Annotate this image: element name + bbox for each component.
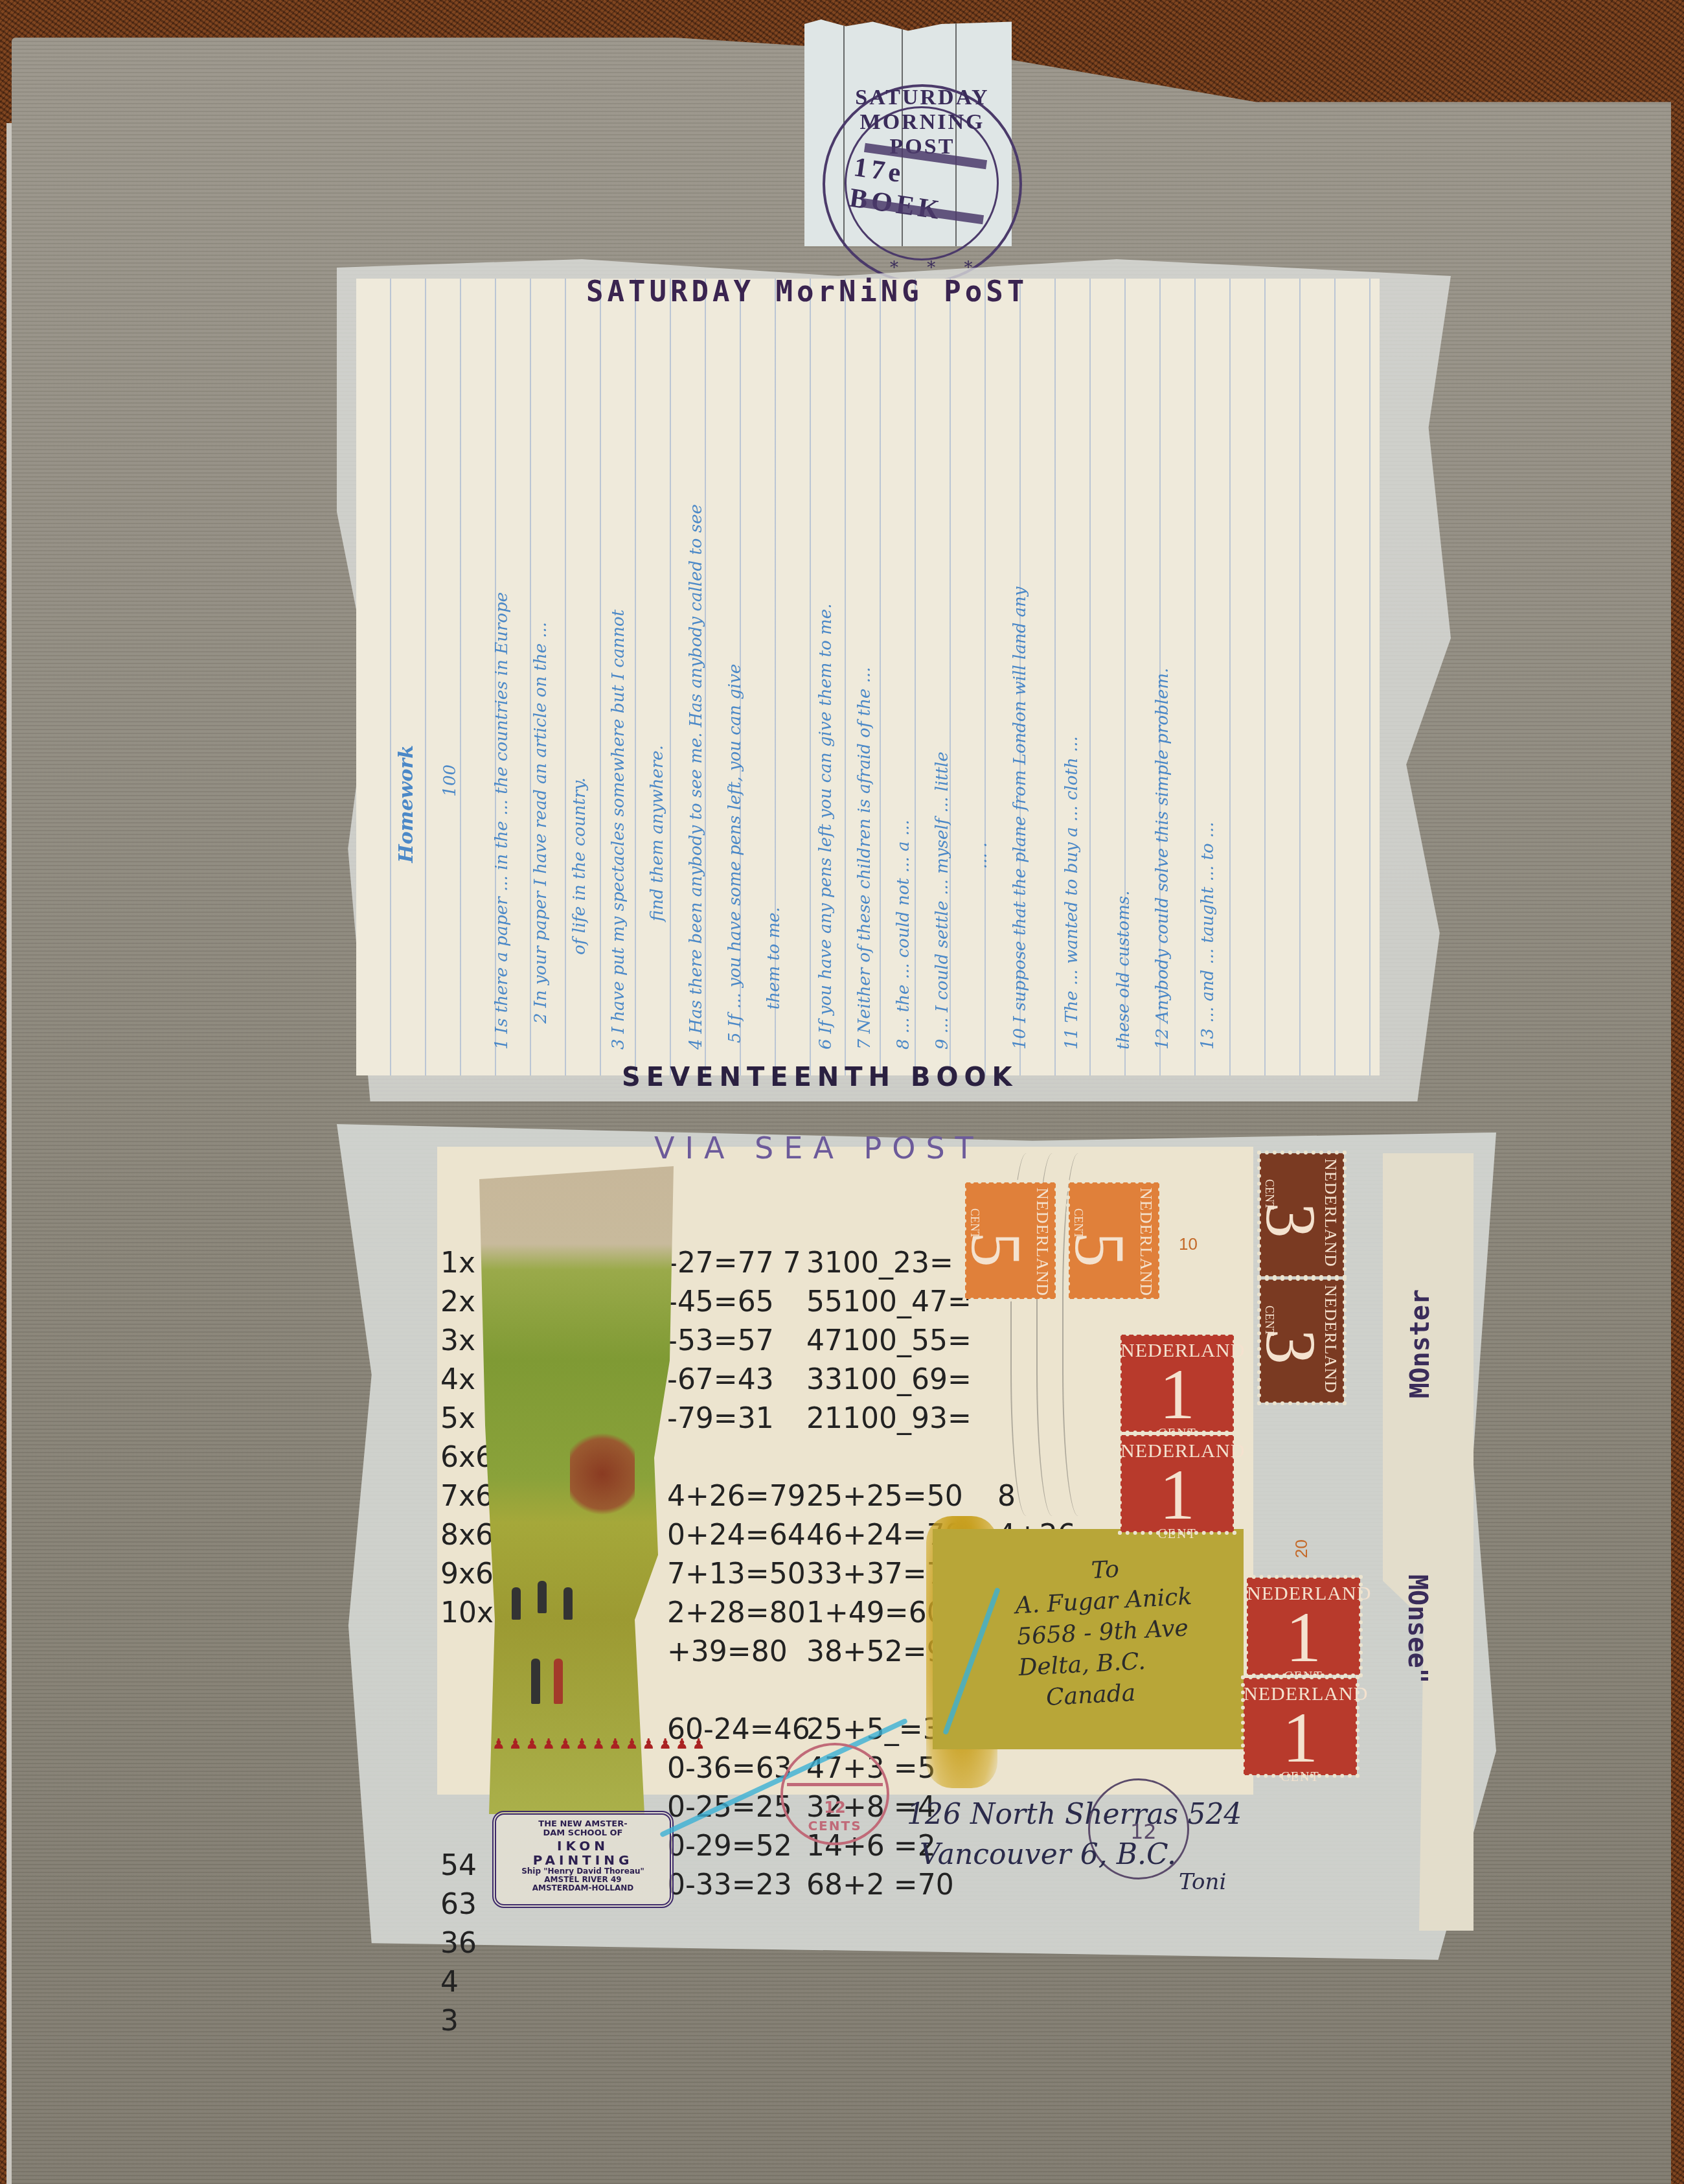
procession-figures: ♟♟♟♟♟♟♟♟♟♟♟♟♟ [492, 1736, 709, 1753]
letter-line: 8 ... the ... could not ... a ... [894, 363, 913, 1050]
monster-stamp-inverted: MOnsee" [1402, 1574, 1432, 1684]
letter-line: of life in the country. [570, 777, 589, 955]
letter-line: 9 ... I could settle ... myself ... litt… [933, 376, 952, 1050]
figure [554, 1659, 563, 1704]
postage-stamp-5-cent: NEDERLAND 5 CENT [1069, 1182, 1159, 1299]
figure [531, 1659, 540, 1704]
stamp-ring-text: SATURDAY MORNING POST [825, 86, 1019, 159]
letter-line: 2 In your paper I have read an article o… [531, 505, 551, 1024]
postage-stamp-1-cent: NEDERLAND 1 CENT [1121, 1335, 1234, 1432]
autumn-tree [570, 1425, 635, 1523]
cents-postage-stamp: 12 CENTS [780, 1743, 889, 1845]
saturday-morning-post-round-stamp: SATURDAY MORNING POST 17e BOEK * * * [823, 84, 1022, 284]
postage-stamp-3-cent: NEDERLAND 3 CENT [1260, 1280, 1344, 1403]
margin-note: 100 [440, 764, 460, 797]
homework-label: Homework [395, 745, 418, 863]
letter-line: 5 If ... you have some pens left, you ca… [725, 492, 745, 1043]
sheet-margin-number: 20 [1291, 1539, 1312, 1558]
sheet-margin-number: 10 [1179, 1234, 1198, 1254]
via-sea-post-stamp: VIA SEA POST [654, 1131, 984, 1166]
letter-line: 3 I have put my spectacles somewhere but… [609, 531, 628, 1050]
letter-line: 12 Anybody could solve this simple probl… [1153, 492, 1172, 1050]
figure [563, 1587, 573, 1620]
postage-stamp-1-cent: NEDERLAND 1 CENT [1121, 1435, 1234, 1532]
postage-stamp-1-cent: NEDERLAND 1 CENT [1244, 1678, 1357, 1775]
ikon-painting-school-stamp: THE NEW AMSTER- DAM SCHOOL OF IKON PAINT… [492, 1811, 674, 1908]
postage-stamp-5-cent: NEDERLAND 5 CENT [965, 1182, 1056, 1299]
sender-address: 126 North Sherras 524 Vancouver 6, B.C. … [907, 1795, 1242, 1902]
letter-line: 6 If you have any pens left you can give… [816, 402, 836, 1050]
figure [538, 1581, 547, 1613]
letter-line: 13 ... and ... taught ... to ... [1198, 363, 1218, 1050]
letter-line: 7 Neither of these children is afraid of… [855, 337, 874, 1050]
letter-line: these old customs. [1114, 551, 1133, 1050]
letter-line: 4 Has there been anybody to see me. Has … [687, 350, 706, 1050]
letter-line: them to me. [764, 907, 784, 1009]
letter-line: find them anywhere. [648, 745, 667, 921]
letter-line: 1 Is there a paper ... in the ... the co… [492, 531, 512, 1050]
letter-line: 10 I suppose that the plane from London … [1010, 518, 1030, 1050]
letter-line: 11 The ... wanted to buy a ... cloth ... [1062, 518, 1082, 1050]
figure [512, 1587, 521, 1620]
monster-stamp: MOnster [1405, 1289, 1435, 1399]
seventeenth-book-stamp: SEVENTEENTH BOOK [622, 1063, 1018, 1092]
postage-stamp-3-cent: NEDERLAND 3 CENT [1260, 1153, 1344, 1276]
letter-header: SATURDAY MorNiNG PoST [586, 275, 1028, 308]
postage-stamp-1-cent: NEDERLAND 1 CENT [1247, 1578, 1360, 1675]
letter-line: ... . [972, 842, 991, 869]
recipient-address: To A. Fugar Anick 5658 - 9th Ave Delta, … [1013, 1550, 1198, 1715]
